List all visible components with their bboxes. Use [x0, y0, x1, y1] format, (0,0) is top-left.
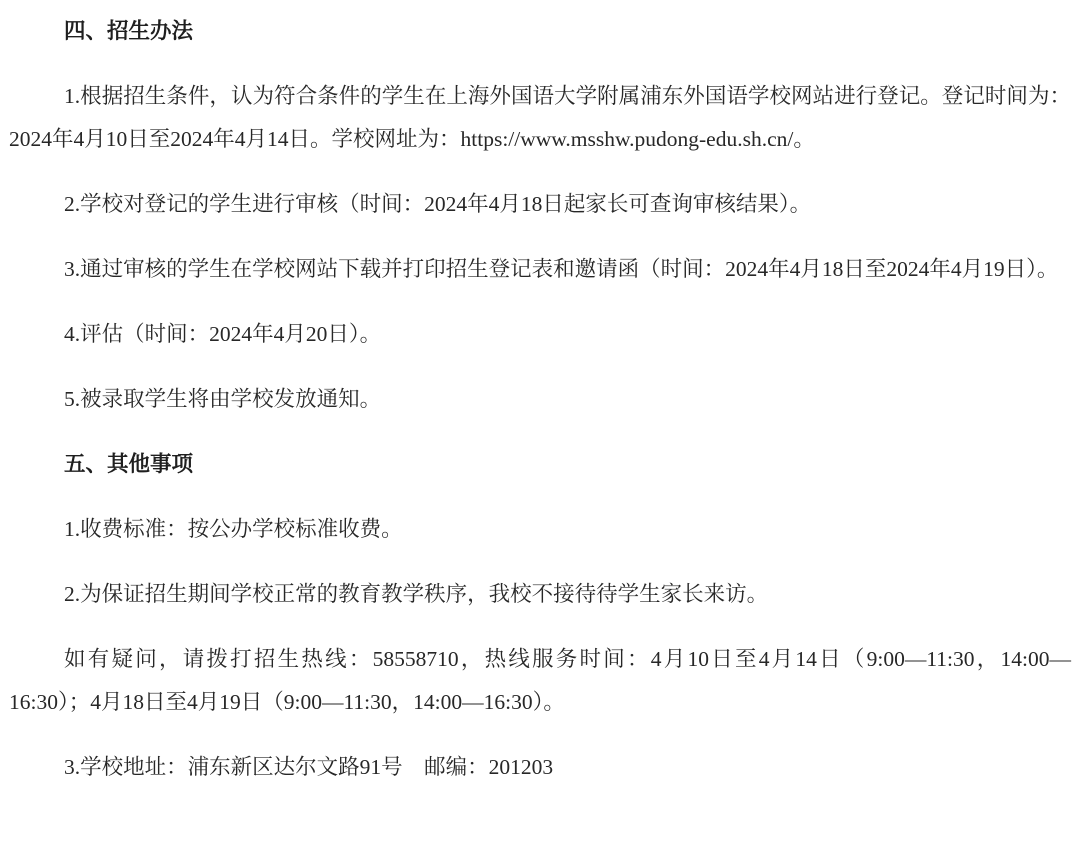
paragraph-evaluation: 4.评估（时间：2024年4月20日）。	[9, 313, 1071, 356]
paragraph-school-address: 3.学校地址：浦东新区达尔文路91号 邮编：201203	[9, 746, 1071, 789]
paragraph-no-visits: 2.为保证招生期间学校正常的教育教学秩序，我校不接待待学生家长来访。	[9, 573, 1071, 616]
document-page: 四、招生办法 1.根据招生条件，认为符合条件的学生在上海外国语大学附属浦东外国语…	[0, 0, 1080, 789]
paragraph-admission-notice: 5.被录取学生将由学校发放通知。	[9, 378, 1071, 421]
section-heading-admission-method: 四、招生办法	[9, 10, 1071, 53]
section-admission-method: 四、招生办法 1.根据招生条件，认为符合条件的学生在上海外国语大学附属浦东外国语…	[9, 10, 1071, 421]
section-other-matters: 五、其他事项 1.收费标准：按公办学校标准收费。 2.为保证招生期间学校正常的教…	[9, 443, 1071, 789]
paragraph-review: 2.学校对登记的学生进行审核（时间：2024年4月18日起家长可查询审核结果）。	[9, 183, 1071, 226]
paragraph-registration: 1.根据招生条件，认为符合条件的学生在上海外国语大学附属浦东外国语学校网站进行登…	[9, 75, 1071, 161]
paragraph-download-print: 3.通过审核的学生在学校网站下载并打印招生登记表和邀请函（时间：2024年4月1…	[9, 248, 1071, 291]
section-heading-other-matters: 五、其他事项	[9, 443, 1071, 486]
paragraph-fee-standard: 1.收费标准：按公办学校标准收费。	[9, 508, 1071, 551]
paragraph-hotline: 如有疑问，请拨打招生热线：58558710，热线服务时间：4月10日至4月14日…	[9, 638, 1071, 724]
